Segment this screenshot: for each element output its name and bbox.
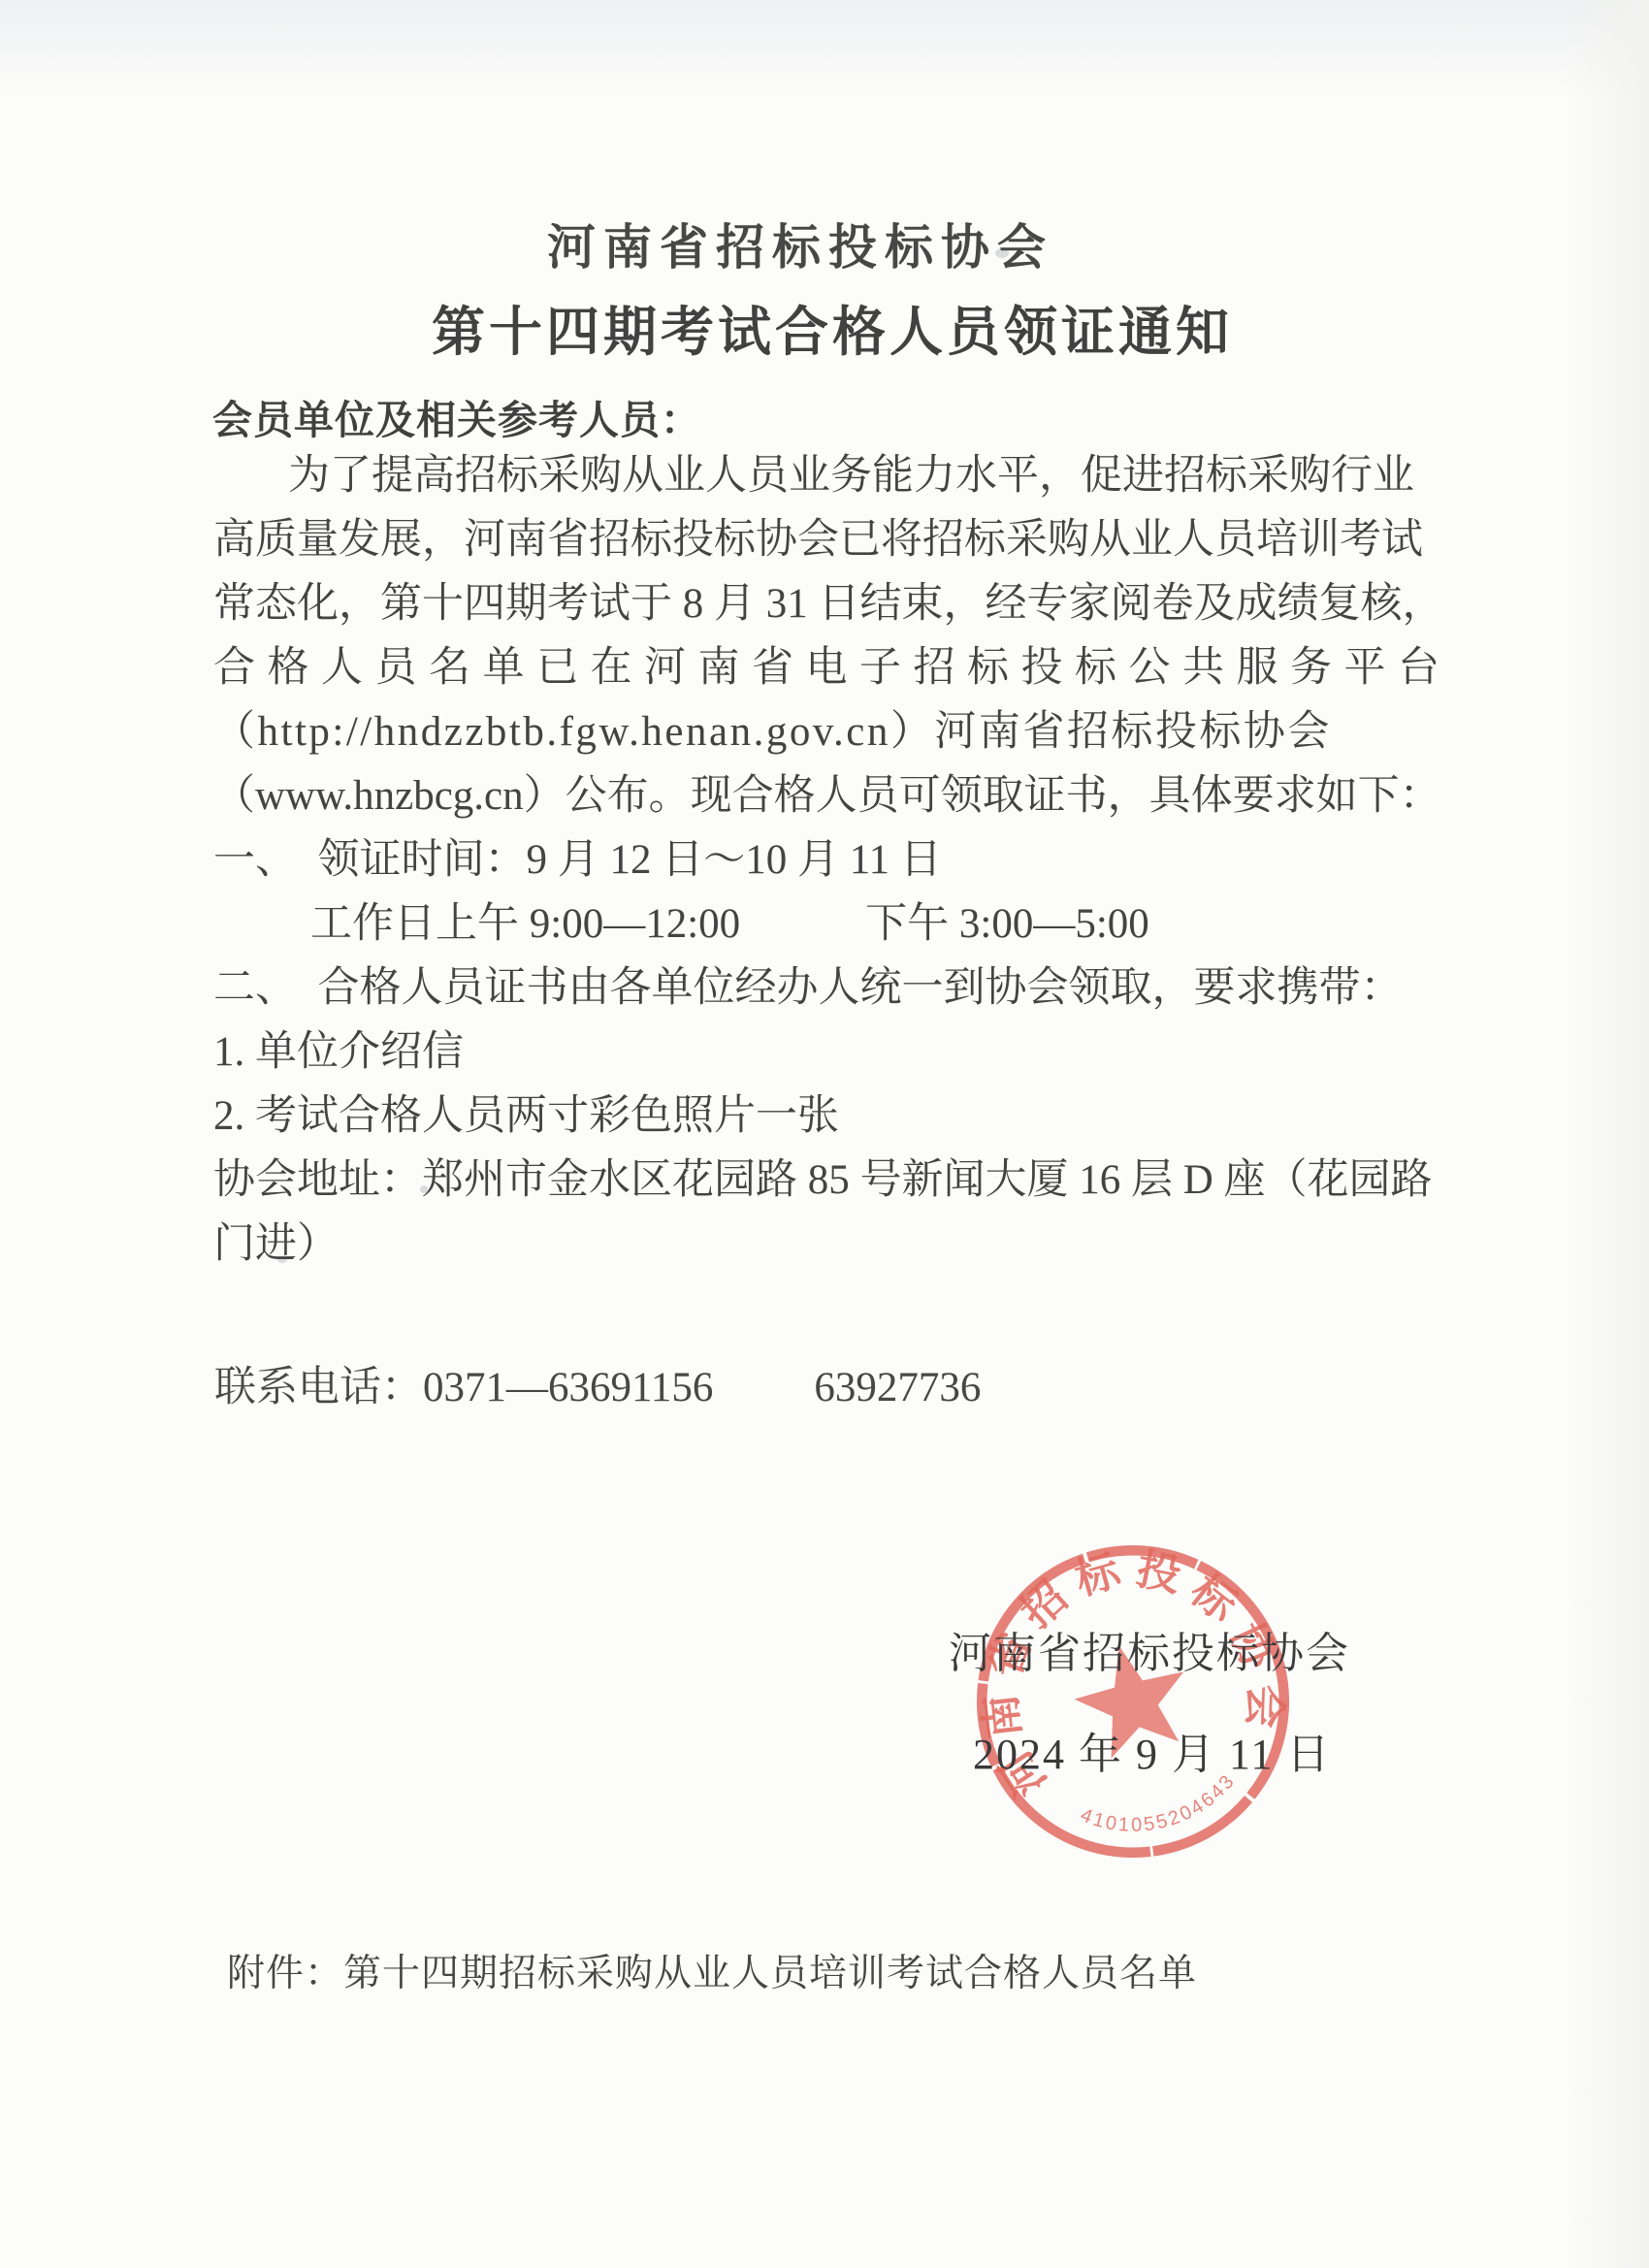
contact-phone-alt: 63927736: [814, 1365, 981, 1410]
contact-phone-main: 联系电话：0371—63691156: [214, 1365, 713, 1410]
contact-phone: 联系电话：0371—6369115663927736: [214, 1354, 981, 1413]
body-text: 为了提高招标采购从业人员业务能力水平，促进招标采购行业 高质量发展，河南省招标投…: [213, 444, 1387, 1277]
document-title-org: 河南省招标投标协会: [547, 209, 1053, 278]
list-item-1-hours: 工作日上午 9:00—12:00 下午 3:00—5:00: [213, 892, 1387, 956]
body-line-url: （http://hndzzbtb.fgw.henan.gov.cn）河南省招标投…: [213, 700, 1387, 764]
address-line-2: 门进）: [213, 1213, 1387, 1277]
list-item-2: 二、 合格人员证书由各单位经办人统一到协会领取，要求携带：: [213, 956, 1387, 1021]
body-line: 为了提高招标采购从业人员业务能力水平，促进招标采购行业: [213, 444, 1387, 508]
official-seal: 河南省招标投标协会 4101055204643: [930, 1499, 1335, 1903]
address-line: 协会地址：郑州市金水区花园路 85 号新闻大厦 16 层 D 座（花园路: [213, 1149, 1387, 1213]
salutation: 会员单位及相关参考人员：: [212, 388, 701, 445]
body-line: （www.hnzbcg.cn）公布。现合格人员可领取证书，具体要求如下：: [213, 764, 1387, 828]
signature-organization: 河南省招标投标协会: [949, 1618, 1350, 1680]
requirement-2: 2. 考试合格人员两寸彩色照片一张: [213, 1085, 1387, 1149]
requirement-1: 1. 单位介绍信: [213, 1021, 1387, 1085]
list-item-1: 一、 领证时间：9 月 12 日～10 月 11 日: [213, 828, 1387, 892]
signature-date: 2024 年 9 月 11 日: [973, 1719, 1331, 1781]
body-line: 常态化，第十四期考试于 8 月 31 日结束，经专家阅卷及成绩复核，: [213, 572, 1387, 636]
document-title-notice: 第十四期考试合格人员领证通知: [432, 289, 1233, 366]
body-line: 高质量发展，河南省招标投标协会已将招标采购从业人员培训考试: [213, 508, 1387, 572]
scanned-notice-page: 河南省招标投标协会 第十四期考试合格人员领证通知 会员单位及相关参考人员： 为了…: [0, 0, 1649, 2268]
body-line: 合格人员名单已在河南省电子招标投标公共服务平台: [213, 636, 1387, 700]
attachment-note: 附件：第十四期招标采购从业人员培训考试合格人员名单: [227, 1943, 1197, 1997]
